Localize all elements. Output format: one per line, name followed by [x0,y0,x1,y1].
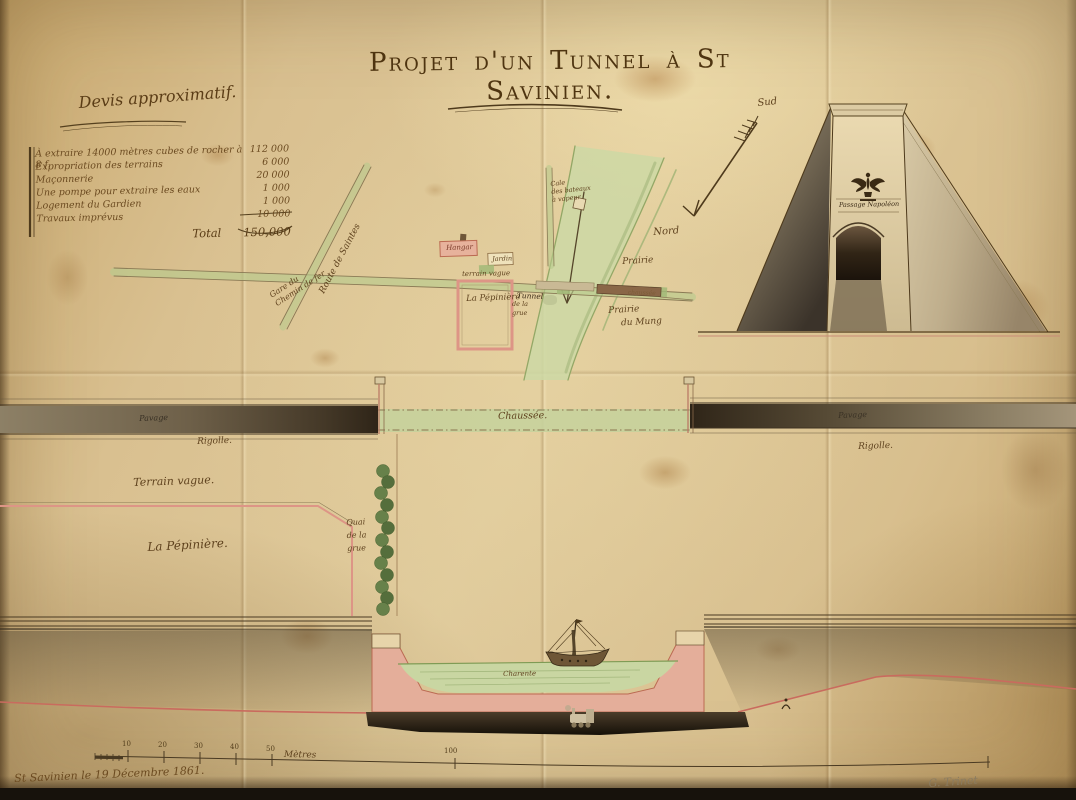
devis-table: À extraire 14000 mètres cubes de rocher … [35,143,291,243]
devis-item-label: Travaux imprévus [36,212,123,225]
quai-grue-map-line1: de la [512,300,528,309]
portal-elevation [698,104,1060,336]
devis-item-label: Expropriation des terrains [35,159,163,173]
rigole-right-label: Rigolle. [858,441,893,452]
scale-tick-10: 10 [122,740,131,748]
scale-tick-40: 40 [230,743,239,751]
small-figure [782,705,790,709]
north-arrow [683,116,758,216]
scale-tick-20: 20 [158,741,167,749]
devis-item-amount: 112 000 [243,143,289,155]
devis-item-amount: 6 000 [239,156,289,168]
portal-inscription: Passage Napoléon [835,200,903,209]
scale-bar [95,750,990,769]
drawing-title: Projet d'un Tunnel à St Savinien. [325,44,776,109]
devis-item-label: Logement du Gardien [36,198,141,211]
devis-item-label: Maçonnerie [36,173,94,185]
devis-item-amount: 10 000 [240,208,290,220]
quai-grue-plan-label: Quai de la grue [346,515,367,555]
drawing-linework [0,0,1076,800]
devis-item-amount: 1 000 [240,182,290,194]
canal-water [400,661,676,693]
scanned-tunnel-drawing: Projet d'un Tunnel à St Savinien. Devis … [0,0,1076,800]
sud-label: Sud [757,96,778,109]
prairie-mung-line2: du Mung [609,315,663,331]
cross-section [0,615,1076,735]
chaussee-small-label: chaussée [628,289,656,297]
devis-item-label: Une pompe pour extraire les eaux [36,184,201,198]
steamboat-landing-label: Cale des bateaux à vapeur [550,176,592,204]
prairie-label: Prairie [622,255,654,267]
devis-item-amount: 1 000 [240,195,290,207]
devis-item-amount: 20 000 [240,169,290,181]
terrain-vague-map-label: terrain vague [462,269,510,278]
tree-row [375,465,395,616]
quai-plan-line2: de la [346,528,366,542]
pepiniere-plot [458,281,512,349]
pepiniere-boundary [0,506,352,616]
scale-tick-30: 30 [194,742,203,750]
pavage-right-label: Pavage [838,410,867,420]
quai-grue-map-line2: grue [512,309,528,318]
sailboat [546,619,609,666]
chaussee-plan-label: Chaussée. [498,410,547,422]
prairie-mung-label: Prairie du Mung [608,302,662,331]
hangar-label: Hangar [446,243,473,252]
charente-label: Charente [503,669,536,678]
rigole-left-label: Rigolle. [197,436,232,447]
nord-label: Nord [653,225,680,238]
devis-total-label: Total [192,226,221,241]
pavage-left-label: Pavage [139,413,168,423]
scale-unit-label: Mètres [284,750,317,761]
jardin-label: Jardin [492,254,512,263]
tunnel-label: Tunnel [517,291,544,301]
scale-tick-50: 50 [266,745,275,753]
devis-total-amount: 150,000 [243,224,291,239]
tunnel-section [366,712,749,735]
quai-plan-line1: Quai [346,515,366,529]
quai-plan-line3: grue [347,541,367,555]
quai-grue-map-label: de la grue [512,300,528,318]
scale-tick-100: 100 [444,747,457,755]
